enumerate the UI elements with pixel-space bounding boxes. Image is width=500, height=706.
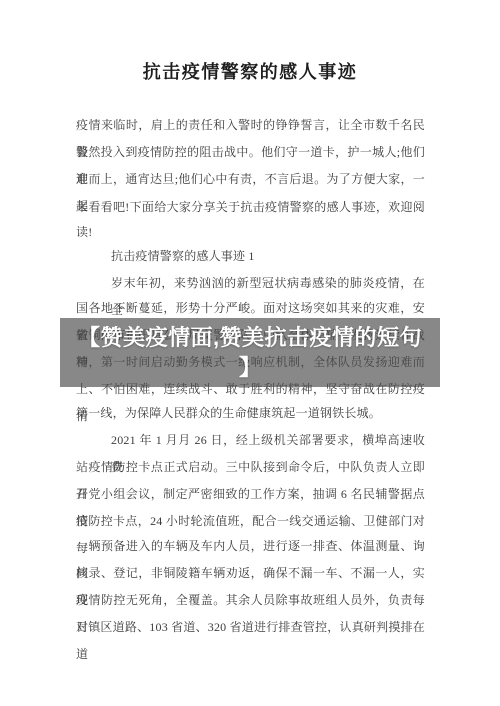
document-line: 读! bbox=[76, 219, 425, 246]
document-line: 情防控卡点，24 小时轮流值班，配合一线交通运输、卫健部门对每 bbox=[76, 508, 425, 535]
watermark-banner: 【赞美疫情面,赞美抗击疫情的短句 】 bbox=[60, 318, 440, 387]
watermark-banner-bracket: 】 bbox=[60, 354, 440, 382]
document-line: 站疫情防控卡点正式启动。三中队接到命令后，中队负责人立即召 bbox=[76, 454, 425, 481]
document-line: 2021 年 1 月月 26 日，经上级机关部署要求，横埠高速收费 bbox=[76, 427, 425, 454]
document-line: 疫情来临时，肩上的责任和入警时的铮铮誓言，让全市数千名民警 bbox=[76, 112, 425, 139]
document-line: 难而上，通宵达旦;他们心中有责，不言后退。为了方便大家，一起 bbox=[76, 166, 425, 193]
document-line: 毅然投入到疫情防控的阻击战中。他们守一道卡，护一城人;他们迎 bbox=[76, 139, 425, 166]
document-line: 抗击疫情警察的感人事迹 1 bbox=[76, 243, 425, 270]
document-line: 一辆预备进入的车辆及车内人员，进行逐一排查、体温测量、询问 bbox=[76, 533, 425, 560]
document-page: 抗击疫情警察的感人事迹 疫情来临时，肩上的责任和入警时的铮铮誓言，让全市数千名民… bbox=[0, 0, 500, 706]
document-line: 开党小组会议，制定严密细致的工作方案，抽调 6 名民辅警据点疫 bbox=[76, 481, 425, 508]
page-title: 抗击疫情警察的感人事迹 bbox=[0, 58, 500, 84]
document-line: 第一线，为保障人民群众的生命健康筑起一道钢铁长城。 bbox=[76, 400, 425, 427]
document-line: 岁末年初，来势汹汹的新型冠状病毒感染的肺炎疫情，在全 bbox=[76, 270, 425, 297]
document-line: 核录、登记，非铜陵籍车辆劝返，确保不漏一车、不漏一人，实现 bbox=[76, 560, 425, 587]
document-line: 来看看吧!下面给大家分享关于抗击疫情警察的感人事迹，欢迎阅 bbox=[76, 194, 425, 221]
document-line: 疫情防控无死角，全覆盖。其余人员除事故班组人员外，负责每日 bbox=[76, 587, 425, 614]
watermark-banner-text: 【赞美疫情面,赞美抗击疫情的短句 bbox=[60, 322, 440, 354]
document-line: 对镇区道路、103 省道、320 省道进行排查管控，认真研判摸排在道 bbox=[76, 614, 425, 641]
